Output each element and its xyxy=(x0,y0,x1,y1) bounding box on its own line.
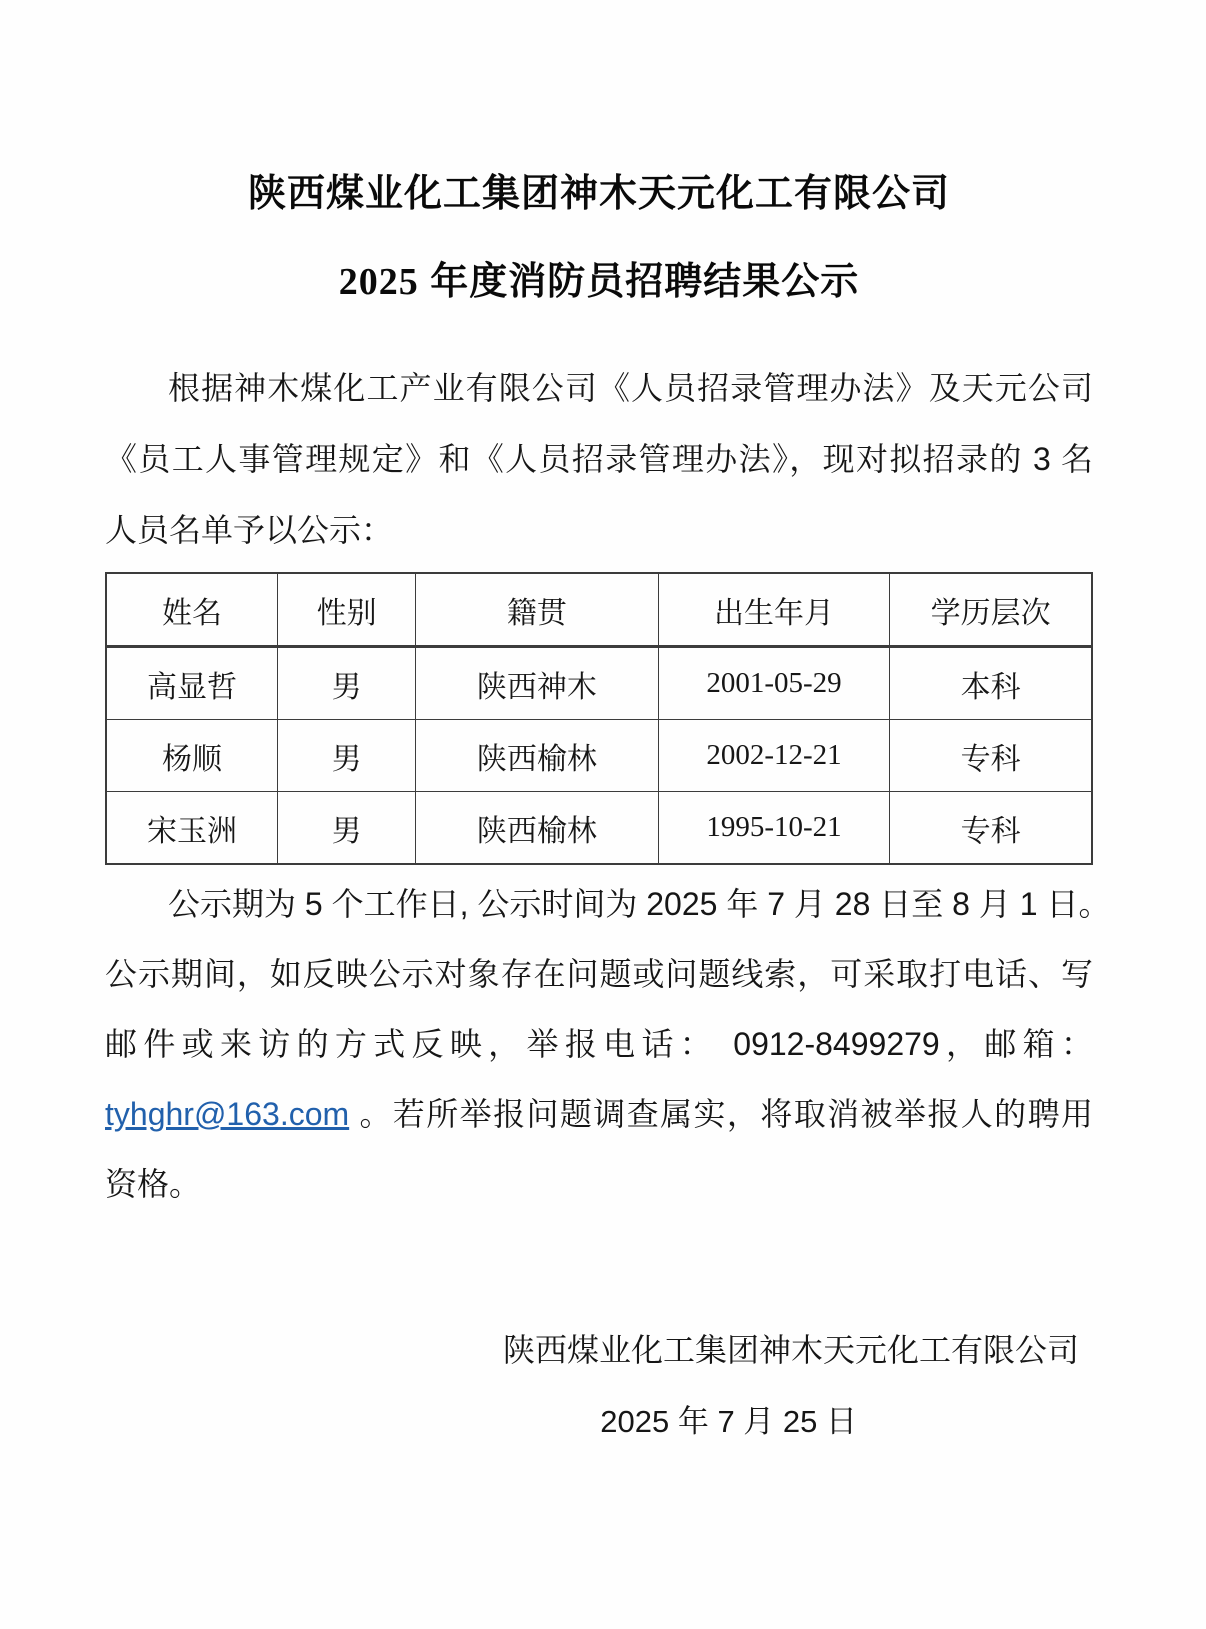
notice-line: 邮件或来访的方式反映，举报电话： 0912-8499279，邮箱： xyxy=(105,1009,1093,1079)
table-cell: 男 xyxy=(278,720,416,792)
notice-line: 资格。 xyxy=(105,1149,1093,1219)
notice-line: tyhghr@163.com 。若所举报问题调查属实，将取消被举报人的聘用 xyxy=(105,1079,1093,1149)
table-cell: 杨顺 xyxy=(106,720,278,792)
document-content: 陕西煤业化工集团神木天元化工有限公司 2025 年度消防员招聘结果公示 根据神木… xyxy=(0,170,1206,1457)
notice-line-text: 。若所举报问题调查属实，将取消被举报人的聘用 xyxy=(349,1096,1093,1132)
table-cell: 陕西榆林 xyxy=(416,720,659,792)
table-header-cell: 性别 xyxy=(278,573,416,647)
notice-line: 公示期为 5 个工作日, 公示时间为 2025 年 7 月 28 日至 8 月 … xyxy=(105,869,1093,939)
table-cell: 高显哲 xyxy=(106,647,278,720)
table-cell: 2002-12-21 xyxy=(658,720,890,792)
signature-company: 陕西煤业化工集团神木天元化工有限公司 xyxy=(105,1315,1093,1386)
signature-date: 2025 年 7 月 25 日 xyxy=(105,1386,1093,1457)
table-cell: 男 xyxy=(278,792,416,865)
notice-line: 公示期间，如反映公示对象存在问题或问题线索，可采取打电话、写 xyxy=(105,939,1093,1009)
intro-line: 《员工人事管理规定》和《人员招录管理办法》，现对拟招录的 3 名 xyxy=(105,424,1093,495)
table-cell: 陕西神木 xyxy=(416,647,659,720)
table-cell: 陕西榆林 xyxy=(416,792,659,865)
table-row: 杨顺 男 陕西榆林 2002-12-21 专科 xyxy=(106,720,1092,792)
table-cell: 2001-05-29 xyxy=(658,647,890,720)
table-cell: 专科 xyxy=(890,720,1092,792)
intro-paragraph: 根据神木煤化工产业有限公司《人员招录管理办法》及天元公司 《员工人事管理规定》和… xyxy=(105,353,1093,566)
page-subtitle: 2025 年度消防员招聘结果公示 xyxy=(105,258,1093,306)
table-header-cell: 学历层次 xyxy=(890,573,1092,647)
intro-line: 根据神木煤化工产业有限公司《人员招录管理办法》及天元公司 xyxy=(105,353,1093,424)
table-row: 宋玉洲 男 陕西榆林 1995-10-21 专科 xyxy=(106,792,1092,865)
table-row: 高显哲 男 陕西神木 2001-05-29 本科 xyxy=(106,647,1092,720)
notice-paragraph: 公示期为 5 个工作日, 公示时间为 2025 年 7 月 28 日至 8 月 … xyxy=(105,869,1093,1219)
page-title: 陕西煤业化工集团神木天元化工有限公司 xyxy=(105,170,1093,218)
subtitle-year: 2025 xyxy=(339,261,419,303)
table-cell: 1995-10-21 xyxy=(658,792,890,865)
document-page: 陕西煤业化工集团神木天元化工有限公司 2025 年度消防员招聘结果公示 根据神木… xyxy=(0,0,1206,1629)
table-cell: 本科 xyxy=(890,647,1092,720)
signature-block: 陕西煤业化工集团神木天元化工有限公司 2025 年 7 月 25 日 xyxy=(105,1315,1093,1457)
table-cell: 男 xyxy=(278,647,416,720)
intro-line: 人员名单予以公示： xyxy=(105,495,1093,566)
recruitment-table: 姓名 性别 籍贯 出生年月 学历层次 高显哲 男 陕西神木 2001-05-29… xyxy=(105,572,1093,865)
email-link[interactable]: tyhghr@163.com xyxy=(105,1096,349,1132)
table-cell: 宋玉洲 xyxy=(106,792,278,865)
table-header-cell: 籍贯 xyxy=(416,573,659,647)
table-header-cell: 姓名 xyxy=(106,573,278,647)
table-header-row: 姓名 性别 籍贯 出生年月 学历层次 xyxy=(106,573,1092,647)
table-header-cell: 出生年月 xyxy=(658,573,890,647)
subtitle-text: 年度消防员招聘结果公示 xyxy=(419,261,860,303)
table-cell: 专科 xyxy=(890,792,1092,865)
